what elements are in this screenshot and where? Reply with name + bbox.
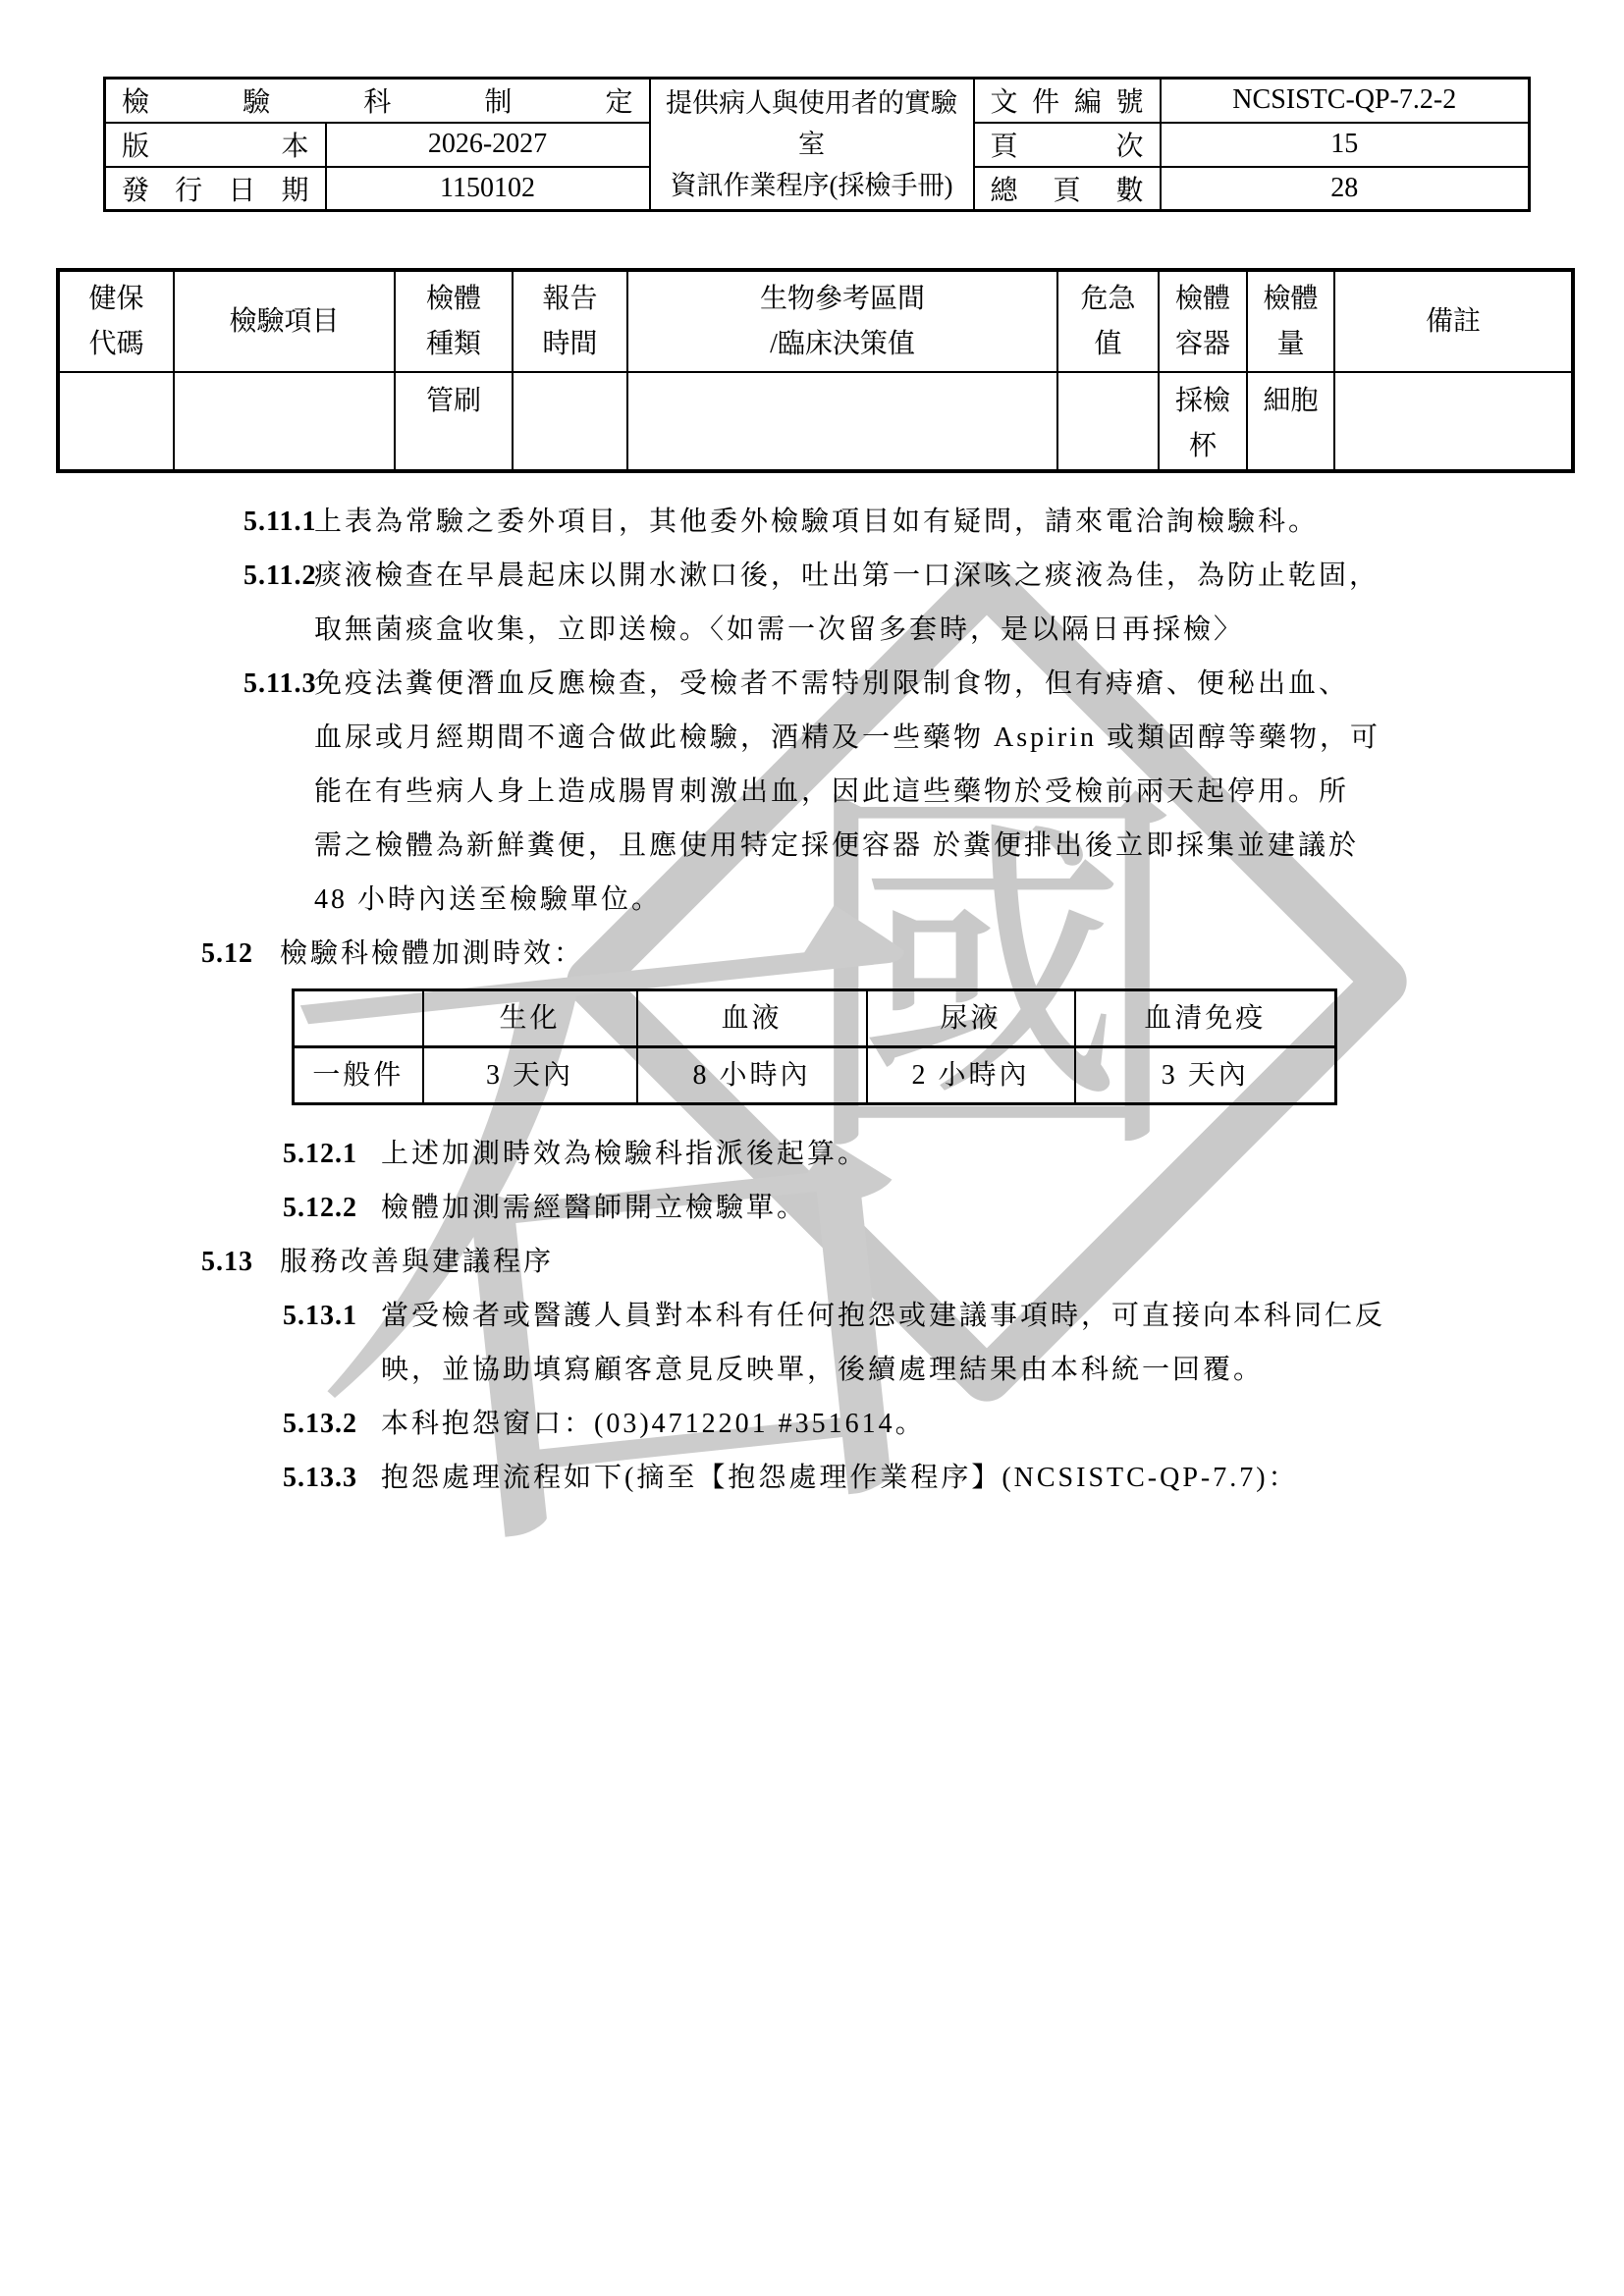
document-title-line2: 資訊作業程序(採檢手冊) bbox=[655, 165, 969, 206]
timing-data-row: 一般件 3 天內 8 小時內 2 小時內 3 天內 bbox=[294, 1047, 1336, 1104]
version-value: 2026-2027 bbox=[326, 123, 650, 167]
col-report-time: 報告 時間 bbox=[513, 270, 627, 372]
section-number: 5.12.2 bbox=[283, 1181, 381, 1235]
section-text: 上述加測時效為檢驗科指派後起算。 bbox=[381, 1127, 1492, 1181]
col-specimen-amount: 檢體 量 bbox=[1247, 270, 1334, 372]
cell-specimen-container: 採檢 杯 bbox=[1159, 372, 1247, 471]
doc-header-table: 檢驗科制定 提供病人與使用者的實驗室 資訊作業程序(採檢手冊) 文件編號 NCS… bbox=[103, 77, 1531, 212]
document-page: 國 石 檢驗科制定 提供病人與使用者的實驗室 資訊作業程序(採檢手冊) 文件編號… bbox=[0, 0, 1624, 2296]
section-text: 免疫法糞便潛血反應檢查，受檢者不需特別限制食物，但有痔瘡、便秘出血、 血尿或月經… bbox=[314, 657, 1492, 927]
timing-value-hematology: 8 小時內 bbox=[637, 1047, 867, 1104]
version-label: 版本 bbox=[105, 123, 326, 167]
cell-test-item bbox=[174, 372, 395, 471]
timing-value-biochemistry: 3 天內 bbox=[423, 1047, 637, 1104]
section-5-13: 5.13 服務改善與建議程序 bbox=[201, 1235, 1492, 1289]
col-remarks: 備註 bbox=[1334, 270, 1573, 372]
document-title-line1: 提供病人與使用者的實驗室 bbox=[655, 82, 969, 165]
cell-nhi-code bbox=[58, 372, 174, 471]
timing-col-biochemistry: 生化 bbox=[423, 990, 637, 1047]
section-number: 5.11.2 bbox=[244, 549, 314, 657]
cell-specimen-type: 管刷 bbox=[395, 372, 513, 471]
section-5-13-2: 5.13.2 本科抱怨窗口：(03)4712201 #351614。 bbox=[283, 1397, 1492, 1451]
section-5-12-2: 5.12.2 檢體加測需經醫師開立檢驗單。 bbox=[283, 1181, 1492, 1235]
section-number: 5.12 bbox=[201, 927, 280, 981]
section-number: 5.13.1 bbox=[283, 1289, 381, 1397]
cell-critical-value bbox=[1057, 372, 1159, 471]
section-5-11-1: 5.11.1 上表為常驗之委外項目，其他委外檢驗項目如有疑問，請來電洽詢檢驗科。 bbox=[244, 495, 1492, 549]
timing-value-serology: 3 天內 bbox=[1075, 1047, 1336, 1104]
page-content: 檢驗科制定 提供病人與使用者的實驗室 資訊作業程序(採檢手冊) 文件編號 NCS… bbox=[0, 0, 1624, 1505]
section-text: 檢驗科檢體加測時效： bbox=[280, 927, 1492, 981]
total-pages-value: 28 bbox=[1161, 167, 1530, 211]
section-text: 服務改善與建議程序 bbox=[280, 1235, 1492, 1289]
timing-row-label: 一般件 bbox=[294, 1047, 423, 1104]
timing-col-hematology: 血液 bbox=[637, 990, 867, 1047]
cell-reference-interval bbox=[627, 372, 1057, 471]
section-5-12-1: 5.12.1 上述加測時效為檢驗科指派後起算。 bbox=[283, 1127, 1492, 1181]
section-number: 5.13.3 bbox=[283, 1451, 381, 1505]
page-number-label: 頁次 bbox=[974, 123, 1161, 167]
timing-value-urine: 2 小時內 bbox=[867, 1047, 1075, 1104]
timing-col-serology: 血清免疫 bbox=[1075, 990, 1336, 1047]
issue-date-value: 1150102 bbox=[326, 167, 650, 211]
maker-label: 檢驗科制定 bbox=[105, 79, 650, 123]
col-critical-value: 危急 值 bbox=[1057, 270, 1159, 372]
cell-report-time bbox=[513, 372, 627, 471]
section-number: 5.13.2 bbox=[283, 1397, 381, 1451]
doc-no-label: 文件編號 bbox=[974, 79, 1161, 123]
doc-no-value: NCSISTC-QP-7.2-2 bbox=[1161, 79, 1530, 123]
spec-data-row: 管刷 採檢 杯 細胞 bbox=[58, 372, 1573, 471]
section-text: 痰液檢查在早晨起床以開水漱口後，吐出第一口深咳之痰液為佳，為防止乾固， 取無菌痰… bbox=[314, 549, 1492, 657]
section-5-11-3: 5.11.3 免疫法糞便潛血反應檢查，受檢者不需特別限制食物，但有痔瘡、便秘出血… bbox=[244, 657, 1492, 927]
section-number: 5.13 bbox=[201, 1235, 280, 1289]
section-5-12: 5.12 檢驗科檢體加測時效： bbox=[201, 927, 1492, 981]
timing-col-blank bbox=[294, 990, 423, 1047]
section-text: 本科抱怨窗口：(03)4712201 #351614。 bbox=[381, 1397, 1492, 1451]
section-number: 5.11.3 bbox=[244, 657, 314, 927]
section-text: 上表為常驗之委外項目，其他委外檢驗項目如有疑問，請來電洽詢檢驗科。 bbox=[314, 495, 1492, 549]
timing-header-row: 生化 血液 尿液 血清免疫 bbox=[294, 990, 1336, 1047]
total-pages-label: 總頁數 bbox=[974, 167, 1161, 211]
section-text: 抱怨處理流程如下(摘至【抱怨處理作業程序】(NCSISTC-QP-7.7)： bbox=[381, 1451, 1492, 1505]
section-5-11-2: 5.11.2 痰液檢查在早晨起床以開水漱口後，吐出第一口深咳之痰液為佳，為防止乾… bbox=[244, 549, 1492, 657]
cell-specimen-amount: 細胞 bbox=[1247, 372, 1334, 471]
issue-date-label: 發行日期 bbox=[105, 167, 326, 211]
timing-col-urine: 尿液 bbox=[867, 990, 1075, 1047]
specimen-table: 健保 代碼 檢驗項目 檢體 種類 報告 時間 生物參考區間 /臨床決策值 危急 … bbox=[56, 268, 1575, 473]
col-test-item: 檢驗項目 bbox=[174, 270, 395, 372]
turnaround-time-table: 生化 血液 尿液 血清免疫 一般件 3 天內 8 小時內 2 小時內 3 天內 bbox=[292, 988, 1337, 1105]
section-text: 檢體加測需經醫師開立檢驗單。 bbox=[381, 1181, 1492, 1235]
section-text: 當受檢者或醫護人員對本科有任何抱怨或建議事項時，可直接向本科同仁反 映，並協助填… bbox=[381, 1289, 1492, 1397]
col-specimen-container: 檢體 容器 bbox=[1159, 270, 1247, 372]
document-title: 提供病人與使用者的實驗室 資訊作業程序(採檢手冊) bbox=[650, 79, 974, 211]
section-5-13-3: 5.13.3 抱怨處理流程如下(摘至【抱怨處理作業程序】(NCSISTC-QP-… bbox=[283, 1451, 1492, 1505]
section-number: 5.11.1 bbox=[244, 495, 314, 549]
body-text: 5.11.1 上表為常驗之委外項目，其他委外檢驗項目如有疑問，請來電洽詢檢驗科。… bbox=[0, 495, 1624, 1505]
page-number-value: 15 bbox=[1161, 123, 1530, 167]
col-nhi-code: 健保 代碼 bbox=[58, 270, 174, 372]
spec-header-row: 健保 代碼 檢驗項目 檢體 種類 報告 時間 生物參考區間 /臨床決策值 危急 … bbox=[58, 270, 1573, 372]
section-number: 5.12.1 bbox=[283, 1127, 381, 1181]
cell-remarks bbox=[1334, 372, 1573, 471]
section-5-13-1: 5.13.1 當受檢者或醫護人員對本科有任何抱怨或建議事項時，可直接向本科同仁反… bbox=[283, 1289, 1492, 1397]
col-specimen-type: 檢體 種類 bbox=[395, 270, 513, 372]
col-reference-interval: 生物參考區間 /臨床決策值 bbox=[627, 270, 1057, 372]
